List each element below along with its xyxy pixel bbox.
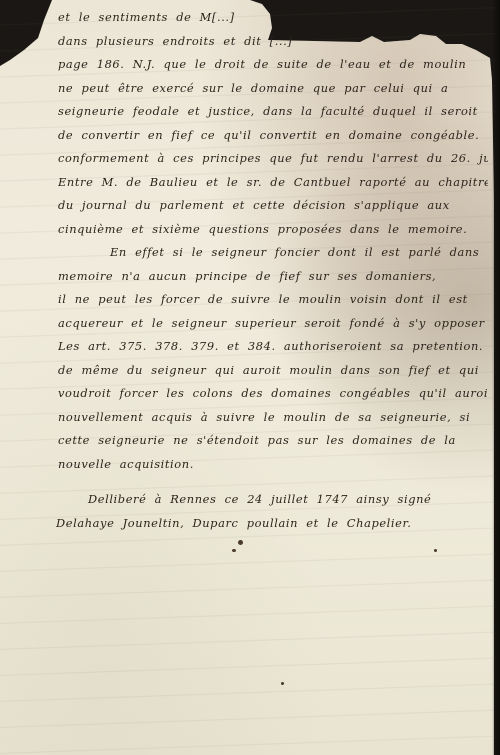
signatures-line: Delahaye Jouneltin, Duparc poullain et l… (56, 512, 488, 536)
text-line: de même du seigneur qui auroit moulin da… (58, 359, 488, 383)
text-line: cinquième et sixième questions proposées… (58, 218, 488, 242)
text-line: Entre M. de Baulieu et le sr. de Cantbue… (58, 171, 488, 195)
text-line: seigneurie feodale et justice, dans la f… (58, 100, 488, 124)
page-edge-shadow (492, 0, 500, 755)
text-line: page 186. N.J. que le droit de suite de … (58, 53, 488, 77)
ink-spot (281, 682, 284, 685)
text-line: dans plusieurs endroits et dit [...] (58, 30, 488, 54)
text-line: il ne peut les forcer de suivre le mouli… (58, 288, 488, 312)
text-line: Les art. 375. 378. 379. et 384. authoris… (58, 335, 488, 359)
text-line: du journal du parlement et cette décisio… (58, 194, 488, 218)
text-line: nouvellement acquis à suivre le moulin d… (58, 406, 488, 430)
ink-spot (232, 549, 236, 552)
text-line: En effet si le seigneur foncier dont il … (58, 241, 488, 265)
paragraph-1: et le sentiments de M[...] dans plusieur… (58, 6, 488, 241)
paragraph-2: En effet si le seigneur foncier dont il … (58, 241, 488, 476)
text-line: de convertir en fief ce qu'il convertit … (58, 124, 488, 148)
text-line: voudroit forcer les colons des domaines … (58, 382, 488, 406)
text-line: Delliberé à Rennes ce 24 juillet 1747 ai… (58, 488, 488, 512)
text-line: et le sentiments de M[...] (58, 6, 488, 30)
ink-spot (434, 549, 437, 552)
text-line: cette seigneurie ne s'étendoit pas sur l… (58, 429, 488, 453)
text-line: memoire n'a aucun principe de fief sur s… (58, 265, 488, 289)
text-line: nouvelle acquisition. (58, 453, 488, 477)
text-line: ne peut être exercé sur le domaine que p… (58, 77, 488, 101)
ink-spot (238, 540, 243, 545)
text-line: acquereur et le seigneur superieur seroi… (58, 312, 488, 336)
text-line: conformement à ces principes que fut ren… (58, 147, 488, 171)
manuscript-text: et le sentiments de M[...] dans plusieur… (58, 6, 488, 535)
deliberation-signatures: Delliberé à Rennes ce 24 juillet 1747 ai… (58, 488, 488, 535)
